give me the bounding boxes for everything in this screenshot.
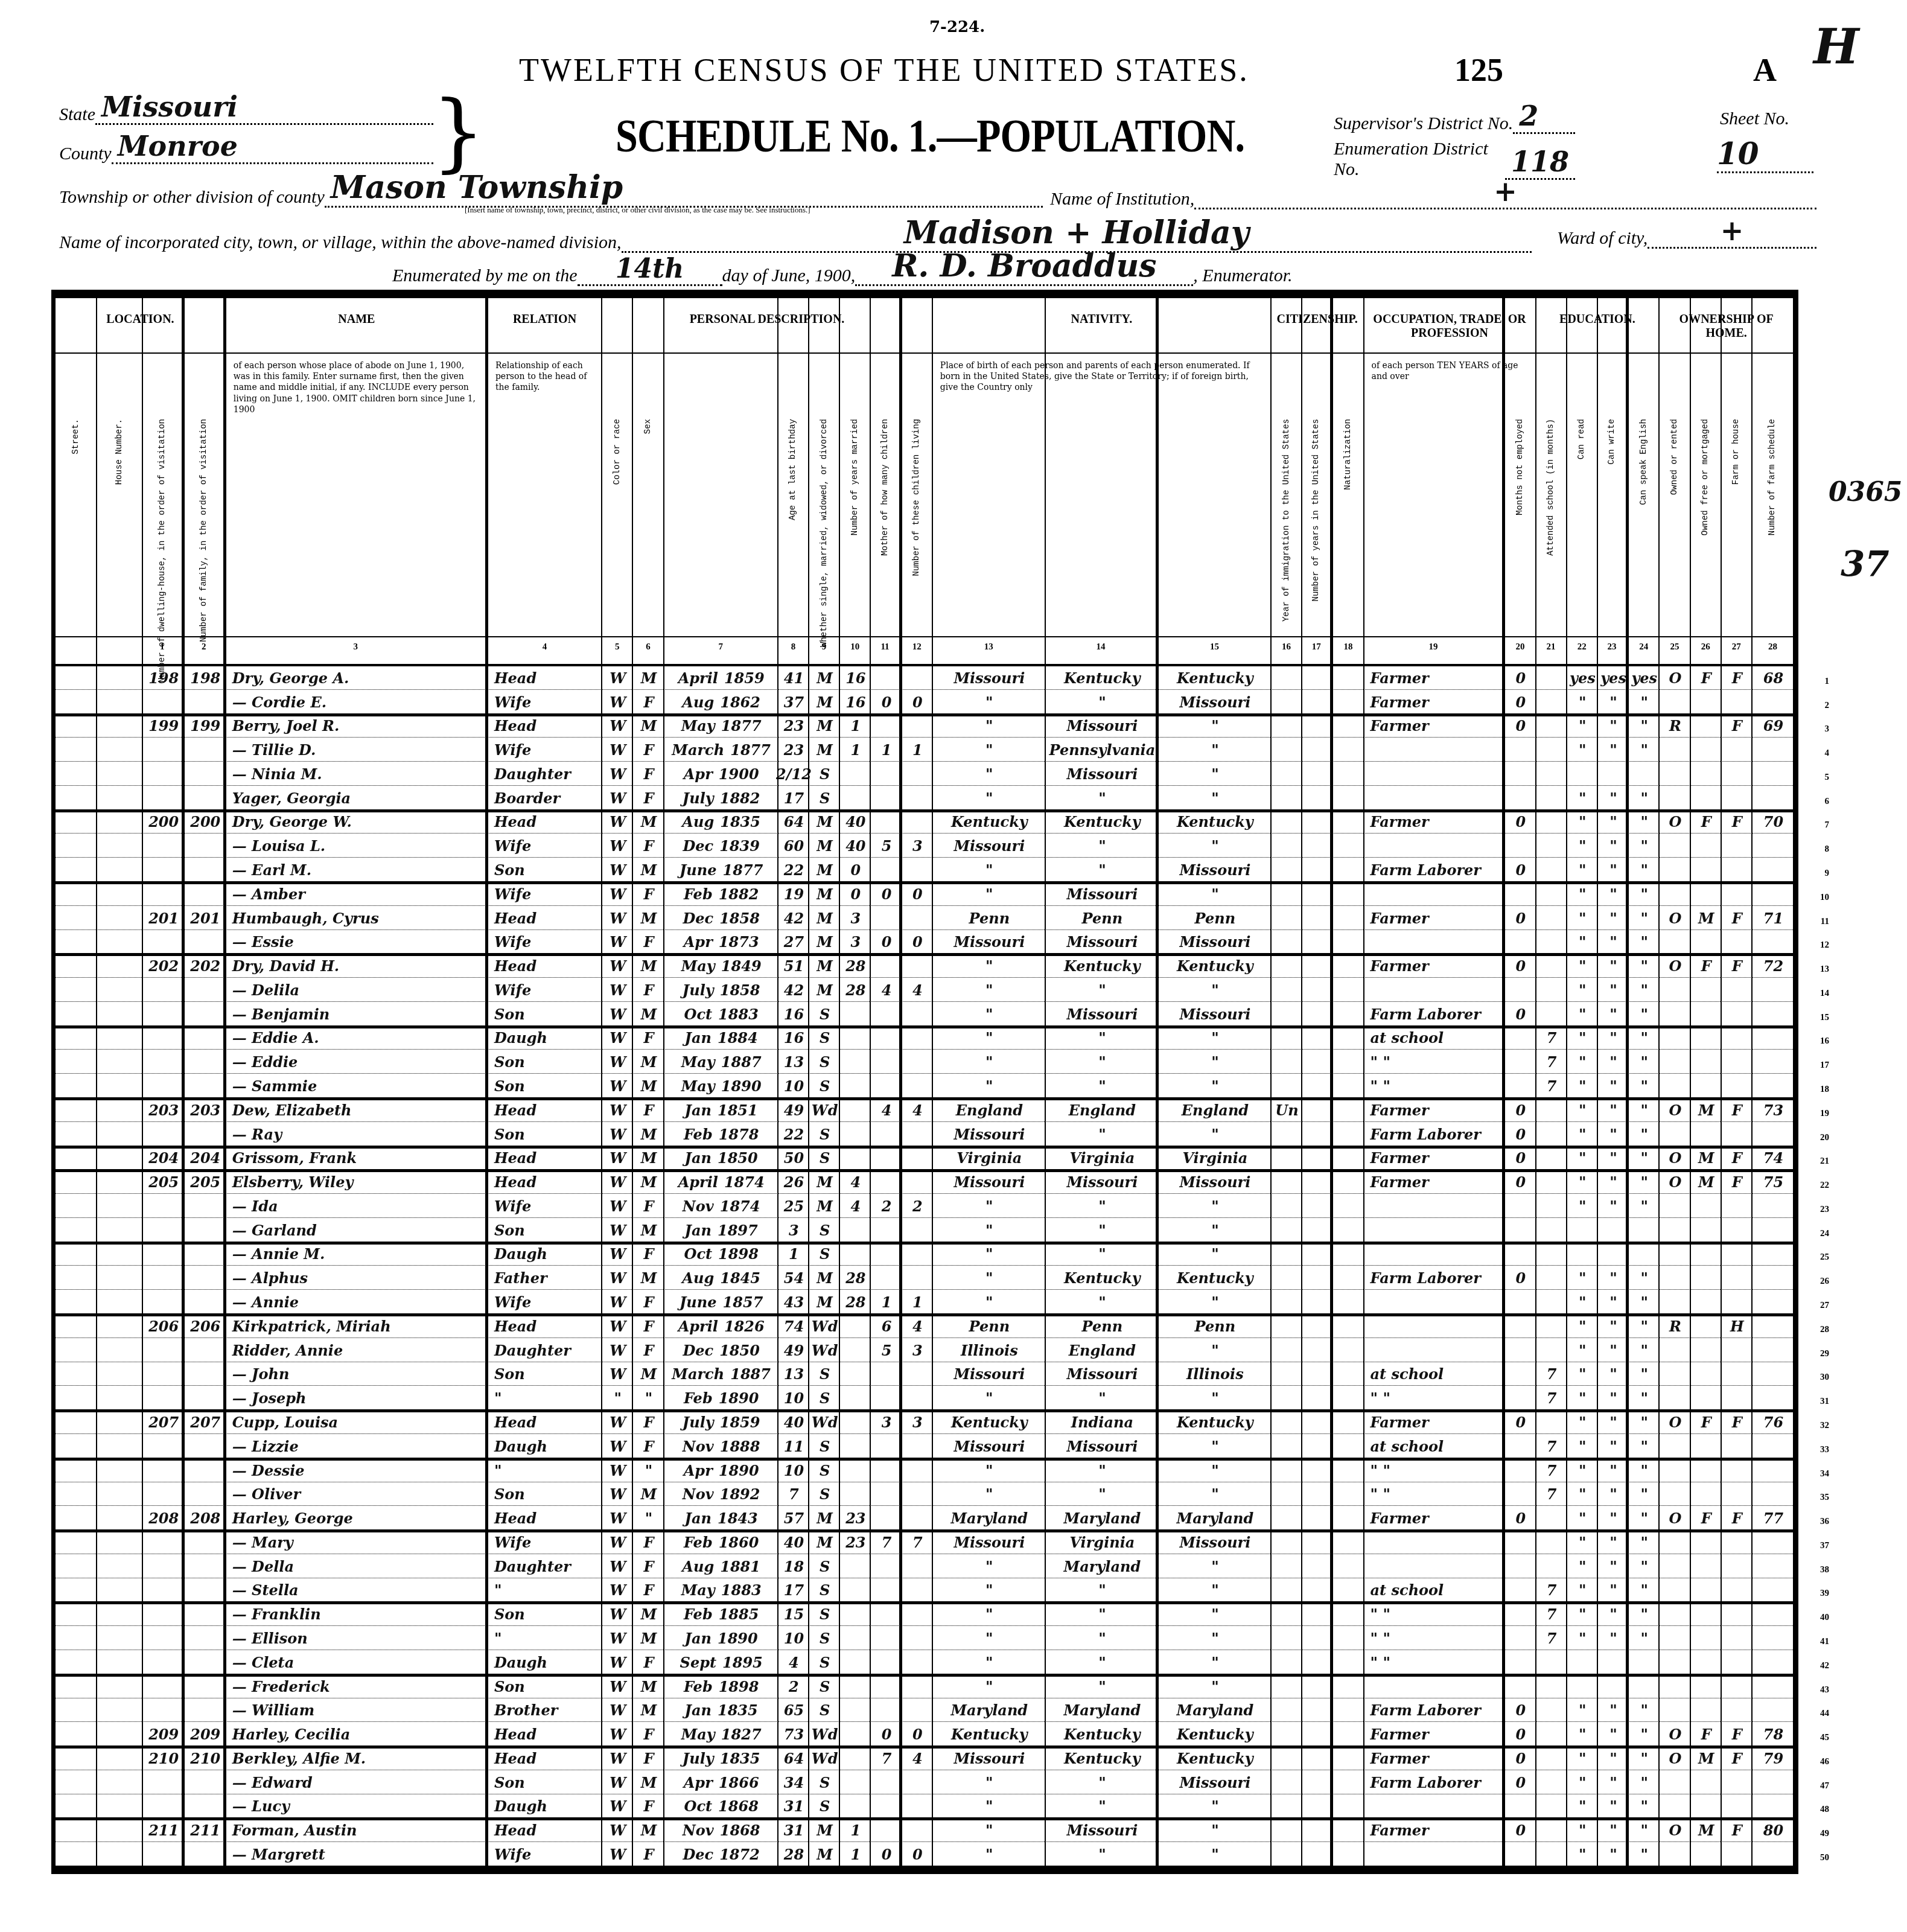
column-label: Owned free or mortgaged: [1701, 419, 1710, 535]
column-19: 19: [1364, 298, 1506, 1866]
line-number: 26: [1820, 1277, 1829, 1287]
column-number: 27: [1722, 642, 1751, 652]
line-number: 42: [1820, 1661, 1829, 1671]
schedule-title: SCHEDULE No. 1.—POPULATION.: [616, 109, 1244, 163]
township-label: Township or other division of county: [59, 187, 325, 208]
column-number: 13: [933, 642, 1045, 652]
column-label: House Number.: [115, 419, 124, 485]
column-number: 22: [1567, 642, 1597, 652]
county-field: County Monroe: [59, 130, 433, 164]
column-label: Can write: [1607, 419, 1617, 465]
column-number: 16: [1272, 642, 1301, 652]
column-number: 10: [840, 642, 870, 652]
enumerator-label: , Enumerator.: [1193, 266, 1292, 286]
line-number: 9: [1825, 869, 1830, 879]
column-label: Age at last birthday: [788, 419, 798, 520]
line-number: 11: [1821, 917, 1829, 927]
line-number: 29: [1820, 1349, 1829, 1359]
column-label: Mother of how many children: [880, 419, 890, 556]
line-number: 21: [1820, 1156, 1829, 1167]
ward-value: +: [1648, 214, 1816, 249]
column-label: Number of these children living: [912, 419, 922, 576]
column-number: 18: [1333, 642, 1363, 652]
column-number: 8: [778, 642, 808, 652]
column-label: Can speak English: [1639, 419, 1649, 505]
column-23: Can write23: [1598, 298, 1629, 1866]
line-number: 28: [1820, 1325, 1829, 1335]
date-suffix: day of June, 1900,: [722, 266, 856, 286]
line-number: 7: [1825, 820, 1830, 831]
supervisor-label: Supervisor's District No.: [1334, 113, 1513, 134]
line-number: 44: [1820, 1709, 1829, 1719]
enumeration-date-field: Enumerated by me on the 14th day of June…: [392, 247, 1539, 286]
line-number: 20: [1820, 1133, 1829, 1143]
county-label: County: [59, 144, 112, 164]
column-21: Attended school (in months)21: [1536, 298, 1567, 1866]
column-11: Mother of how many children11: [871, 298, 902, 1866]
column-3: 3: [226, 298, 488, 1866]
line-number: 16: [1820, 1036, 1829, 1047]
column-24: Can speak English24: [1629, 298, 1660, 1866]
column-number: 15: [1159, 642, 1270, 652]
line-number: 24: [1820, 1229, 1829, 1239]
column-4: 4: [488, 298, 602, 1866]
column-25: Owned or rented25: [1660, 298, 1690, 1866]
line-number: 23: [1820, 1205, 1829, 1215]
column-number: 7: [664, 642, 777, 652]
column-number: 21: [1536, 642, 1566, 652]
census-title: TWELFTH CENSUS OF THE UNITED STATES.: [519, 51, 1249, 89]
column-number: 25: [1660, 642, 1689, 652]
line-number: 1: [1825, 677, 1830, 687]
column-label: Whether single, married, widowed, or div…: [820, 419, 829, 647]
column-number: 3: [226, 642, 485, 652]
line-number: 14: [1820, 989, 1829, 999]
line-number: 39: [1820, 1589, 1829, 1599]
margin-note: 37: [1841, 543, 1889, 584]
line-number: 46: [1820, 1757, 1829, 1767]
column-label: Number of farm schedule: [1768, 419, 1777, 535]
ward-label: Ward of city,: [1557, 228, 1648, 249]
state-value: Missouri: [95, 91, 433, 125]
state-label: State: [59, 104, 95, 125]
ward-field: Ward of city, +: [1557, 214, 1816, 249]
line-number: 35: [1820, 1493, 1829, 1503]
institution-label: Name of Institution,: [1050, 189, 1194, 209]
column-20: Months not employed20: [1505, 298, 1536, 1866]
line-number: 2: [1825, 701, 1830, 711]
line-number: 4: [1825, 748, 1830, 759]
line-number: 43: [1820, 1685, 1829, 1695]
corner-mark: H: [1813, 18, 1859, 75]
column-loc-0: Street.: [56, 298, 97, 1866]
line-number: 12: [1820, 940, 1829, 951]
line-number: 13: [1820, 964, 1829, 975]
line-number: 25: [1820, 1252, 1829, 1263]
line-number: 33: [1820, 1445, 1829, 1455]
township-note: [Insert name of township, town, precinct…: [465, 205, 810, 215]
column-number: 12: [902, 642, 932, 652]
column-15: 15: [1159, 298, 1272, 1866]
column-number: 11: [871, 642, 899, 652]
column-label: Number of years married: [850, 419, 860, 535]
column-5: Color or race5: [602, 298, 633, 1866]
column-8: Age at last birthday8: [778, 298, 809, 1866]
column-number: 19: [1364, 642, 1503, 652]
column-number: 17: [1302, 642, 1330, 652]
column-label: Farm or house: [1731, 419, 1741, 485]
line-number: 19: [1820, 1109, 1829, 1119]
supervisor-district-field: Supervisor's District No. 2: [1334, 100, 1575, 134]
line-number: 49: [1820, 1829, 1829, 1839]
column-label: Number of years in the United States: [1311, 419, 1321, 601]
line-number: 41: [1820, 1637, 1829, 1647]
column-number: 4: [488, 642, 601, 652]
line-number: 18: [1820, 1085, 1829, 1095]
line-number: 36: [1820, 1517, 1829, 1527]
population-schedule-table: LOCATION.NAMEof each person whose place …: [51, 290, 1798, 1874]
column-number: 6: [633, 642, 663, 652]
column-27: Farm or house27: [1722, 298, 1753, 1866]
column-label: Owned or rented: [1670, 419, 1679, 495]
column-label: Sex: [643, 419, 653, 434]
column-number: 28: [1753, 642, 1793, 652]
sheet-letter: A: [1753, 51, 1777, 89]
column-26: Owned free or mortgaged26: [1691, 298, 1722, 1866]
column-6: Sex6: [633, 298, 664, 1866]
column-label: Attended school (in months): [1546, 419, 1556, 556]
column-number: 20: [1505, 642, 1535, 652]
township-field: Township or other division of county Mas…: [59, 169, 1043, 208]
supervisor-value: 2: [1513, 100, 1575, 134]
column-1: Number of dwelling-house, in the order o…: [143, 298, 185, 1866]
column-number: 5: [602, 642, 632, 652]
enumeration-label: Enumeration District No.: [1334, 139, 1505, 180]
institution-value: +: [1194, 175, 1816, 209]
line-number: 50: [1820, 1853, 1829, 1863]
line-number: 37: [1820, 1541, 1829, 1551]
column-7: 7: [664, 298, 778, 1866]
line-number: 40: [1820, 1613, 1829, 1623]
line-number: 22: [1820, 1181, 1829, 1191]
column-label: Year of immigration to the United States: [1282, 419, 1291, 622]
enumeration-district-field: Enumeration District No. 118: [1334, 139, 1575, 180]
line-number: 34: [1820, 1469, 1829, 1479]
state-field: State Missouri: [59, 91, 433, 125]
sheet-label: Sheet No.: [1720, 109, 1789, 129]
column-label: Color or race: [613, 419, 622, 485]
line-number: 8: [1825, 844, 1830, 855]
column-2: Number of family, in the order of visita…: [185, 298, 226, 1866]
township-value: Mason Township: [325, 169, 1043, 208]
brace-icon: }: [431, 91, 485, 175]
column-label: Naturalization: [1343, 419, 1353, 490]
column-9: Whether single, married, widowed, or div…: [809, 298, 840, 1866]
column-14: 14: [1046, 298, 1159, 1866]
enumerator-name: R. D. Broaddus: [855, 247, 1193, 286]
column-label: Number of family, in the order of visita…: [199, 419, 209, 642]
line-number: 5: [1825, 773, 1830, 783]
county-value: Monroe: [112, 130, 433, 164]
line-number: 30: [1820, 1372, 1829, 1383]
column-label: Street.: [71, 419, 81, 454]
column-12: Number of these children living12: [902, 298, 933, 1866]
column-number: 24: [1629, 642, 1658, 652]
line-number: 27: [1820, 1301, 1829, 1311]
column-22: Can read22: [1567, 298, 1598, 1866]
column-17: Number of years in the United States17: [1302, 298, 1333, 1866]
column-loc-1: House Number.: [97, 298, 143, 1866]
column-label: Months not employed: [1515, 419, 1525, 515]
column-number: 1: [143, 642, 182, 652]
line-number: 6: [1825, 797, 1830, 807]
column-13: 13: [933, 298, 1046, 1866]
column-18: Naturalization18: [1333, 298, 1364, 1866]
line-number: 17: [1820, 1060, 1829, 1071]
line-number: 47: [1820, 1781, 1829, 1791]
line-number: 15: [1820, 1013, 1829, 1023]
margin-note: 0365: [1829, 477, 1902, 508]
page-number: 125: [1454, 51, 1503, 89]
line-number: 48: [1820, 1805, 1829, 1815]
column-16: Year of immigration to the United States…: [1272, 298, 1302, 1866]
line-number: 32: [1820, 1421, 1829, 1431]
institution-field: Name of Institution, +: [1050, 175, 1816, 209]
column-number: 9: [809, 642, 839, 652]
form-number: 7-224.: [929, 18, 985, 36]
column-number: 26: [1691, 642, 1721, 652]
column-10: Number of years married10: [840, 298, 871, 1866]
line-number: 10: [1820, 893, 1829, 903]
line-number: 45: [1820, 1733, 1829, 1743]
day-value: 14th: [578, 253, 722, 286]
enumerated-label: Enumerated by me on the: [392, 266, 578, 286]
line-number: 38: [1820, 1565, 1829, 1575]
line-number: 31: [1820, 1397, 1829, 1407]
column-number: 2: [185, 642, 223, 652]
line-number: 3: [1825, 724, 1830, 735]
column-28: Number of farm schedule28: [1753, 298, 1794, 1866]
sheet-value: 10: [1717, 136, 1813, 173]
column-number: 14: [1046, 642, 1156, 652]
column-label: Can read: [1577, 419, 1587, 459]
column-number: 23: [1598, 642, 1626, 652]
